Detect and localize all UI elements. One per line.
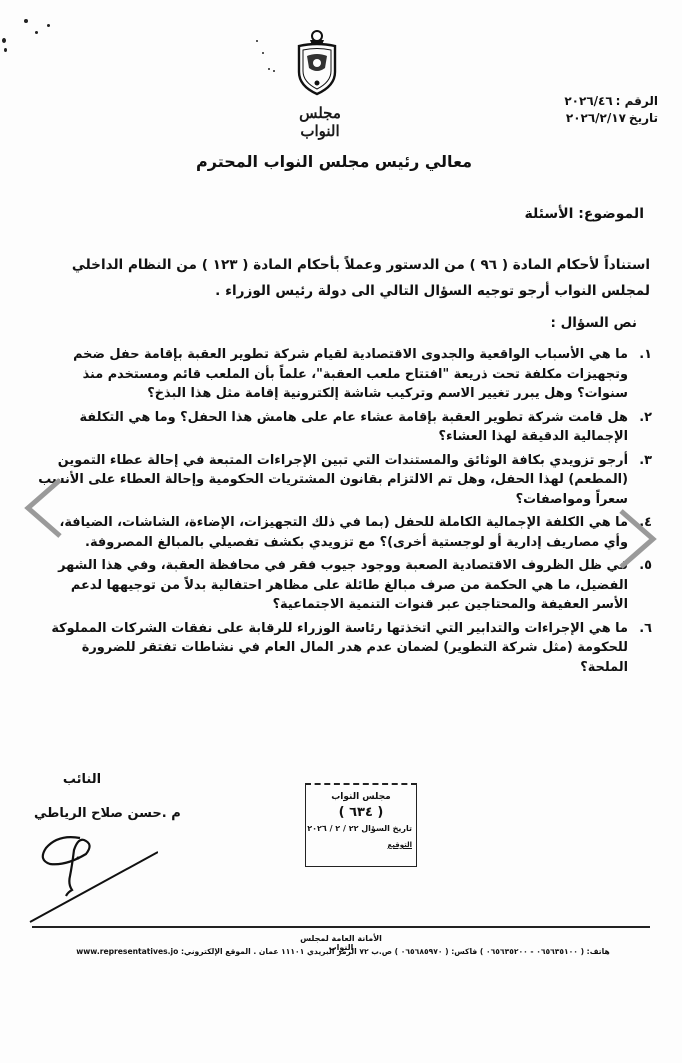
stamp-org: مجلس النواب	[306, 789, 416, 805]
scan-speck	[47, 24, 50, 27]
chevron-right-icon	[615, 507, 659, 571]
question-item: ٤. ما هي الكلفة الإجمالية الكاملة للحفل …	[32, 513, 652, 552]
question-item: ٦. ما هي الإجراءات والتدابير التي اتخذته…	[32, 619, 652, 678]
scan-speck	[4, 48, 7, 52]
question-number: ١.	[630, 345, 652, 365]
scan-speck	[256, 40, 258, 42]
question-text: أرجو تزويدي بكافة الوثائق والمستندات الت…	[38, 453, 628, 507]
scan-speck	[2, 38, 6, 43]
signatory-title: النائب	[62, 772, 102, 787]
question-number: ٦.	[630, 619, 652, 639]
reference-block: الرقم :٢٠٢٦/٤٦ تاريخ٢٠٢٦/٢/١٧	[488, 93, 658, 127]
question-text: في ظل الظروف الاقتصادية الصعبة ووجود جيو…	[58, 558, 628, 612]
questions-heading: نص السؤال :	[550, 315, 637, 331]
previous-image-button[interactable]	[22, 476, 66, 540]
received-stamp: مجلس النواب ( ٦٣٤ ) تاريخ السؤال ٢٢ / ٢ …	[305, 783, 417, 867]
scan-speck	[268, 68, 270, 70]
question-item: ٢. هل قامت شركة تطوير العقبة بإقامة عشاء…	[32, 408, 652, 447]
stamp-date: تاريخ السؤال ٢٢ / ٢ / ٢٠٢٦	[306, 821, 416, 837]
reference-number: الرقم :٢٠٢٦/٤٦	[488, 93, 658, 110]
scan-speck	[24, 19, 28, 23]
footer-divider	[32, 926, 650, 928]
question-text: ما هي الإجراءات والتدابير التي اتخذتها ر…	[51, 621, 628, 675]
question-item: ١. ما هي الأسباب الواقعية والجدوى الاقتص…	[32, 345, 652, 404]
question-number: ٣.	[630, 451, 652, 471]
question-number: ٢.	[630, 408, 652, 428]
footer-contact: هاتف: ( ٠٦٥٦٣٥١٠٠ - ٠٦٥٦٣٥٢٠٠ ) فاكس: ( …	[52, 947, 634, 956]
scan-speck	[35, 31, 38, 34]
questions-list: ١. ما هي الأسباب الواقعية والجدوى الاقتص…	[32, 345, 652, 681]
handwritten-signature-icon	[28, 830, 158, 930]
subject-line: الموضوع: الأسئلة	[525, 206, 644, 222]
document-page: مجلس النواب الرقم :٢٠٢٦/٤٦ تاريخ٢٠٢٦/٢/١…	[0, 0, 682, 1063]
reference-date: تاريخ٢٠٢٦/٢/١٧	[488, 110, 658, 127]
question-text: ما هي الكلفة الإجمالية الكاملة للحفل (بم…	[59, 515, 628, 550]
question-item: ٣. أرجو تزويدي بكافة الوثائق والمستندات …	[32, 451, 652, 510]
stamp-received: التوقيع	[306, 837, 416, 853]
next-image-button[interactable]	[615, 507, 659, 571]
chevron-left-icon	[22, 476, 66, 540]
council-logo-text: مجلس النواب	[285, 104, 355, 140]
preamble-paragraph: استناداً لأحكام المادة ( ٩٦ ) من الدستور…	[25, 252, 650, 304]
addressee: معالي رئيس مجلس النواب المحترم	[196, 152, 472, 171]
scan-speck	[262, 52, 264, 54]
question-text: ما هي الأسباب الواقعية والجدوى الاقتصادي…	[73, 347, 628, 401]
question-text: هل قامت شركة تطوير العقبة بإقامة عشاء عا…	[79, 410, 628, 445]
signatory-name: م .حسن صلاح الرياطي	[34, 806, 181, 821]
coat-of-arms-icon	[293, 28, 341, 98]
stamp-number: ( ٦٣٤ )	[306, 805, 416, 821]
question-item: ٥. في ظل الظروف الاقتصادية الصعبة ووجود …	[32, 556, 652, 615]
scan-speck	[273, 70, 275, 72]
